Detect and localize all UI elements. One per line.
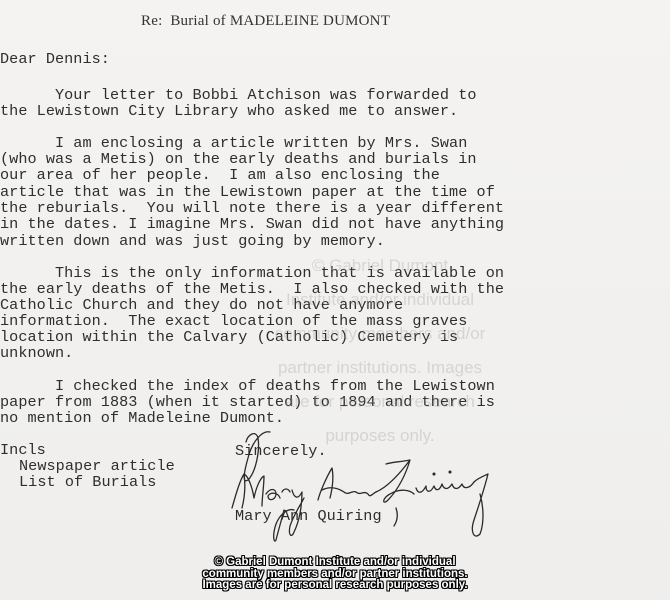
- paragraph-line: the reburials. You will note there is a …: [0, 200, 504, 216]
- paragraph-line: the Lewistown City Library who asked me …: [0, 103, 458, 119]
- paragraph-line: Your letter to Bobbi Atchison was forwar…: [0, 87, 477, 103]
- subject-line: Re: Burial of MADELEINE DUMONT: [141, 13, 390, 29]
- watermark-line: partner institutions. Images: [200, 359, 560, 376]
- watermark-line: © Gabriel Dumont: [200, 257, 560, 274]
- paragraph-line: unknown.: [0, 345, 73, 361]
- signer-name: Mary Ann Quiring: [235, 508, 382, 524]
- scanned-letter-page: Re: Burial of MADELEINE DUMONT Dear Denn…: [0, 0, 670, 600]
- watermark-line: community members and/or: [200, 325, 560, 342]
- salutation: Dear Dennis:: [0, 51, 110, 67]
- copyright-line: Images are for personal research purpose…: [150, 580, 520, 592]
- paragraph-line: in the dates. I imagine Mrs. Swan did no…: [0, 216, 504, 232]
- enclosure-item: List of Burials: [19, 474, 156, 490]
- watermark-line: Institute and/or individual: [200, 291, 560, 308]
- center-watermark: © Gabriel Dumont Institute and/or indivi…: [200, 240, 560, 461]
- paragraph-line: article that was in the Lewistown paper …: [0, 184, 495, 200]
- paragraph-line: (who was a Metis) on the early deaths an…: [0, 151, 477, 167]
- enclosure-item: Newspaper article: [19, 458, 175, 474]
- enclosures-label: Incls: [0, 442, 46, 458]
- copyright-line: © Gabriel Dumont Institute and/or indivi…: [150, 557, 520, 569]
- copyright-watermark: © Gabriel Dumont Institute and/or indivi…: [150, 557, 520, 592]
- paragraph-line: our area of her people. I am also enclos…: [0, 167, 440, 183]
- watermark-line: are for personal research: [200, 393, 560, 410]
- paragraph-line: I am enclosing a article written by Mrs.…: [0, 135, 467, 151]
- watermark-line: purposes only.: [200, 427, 560, 444]
